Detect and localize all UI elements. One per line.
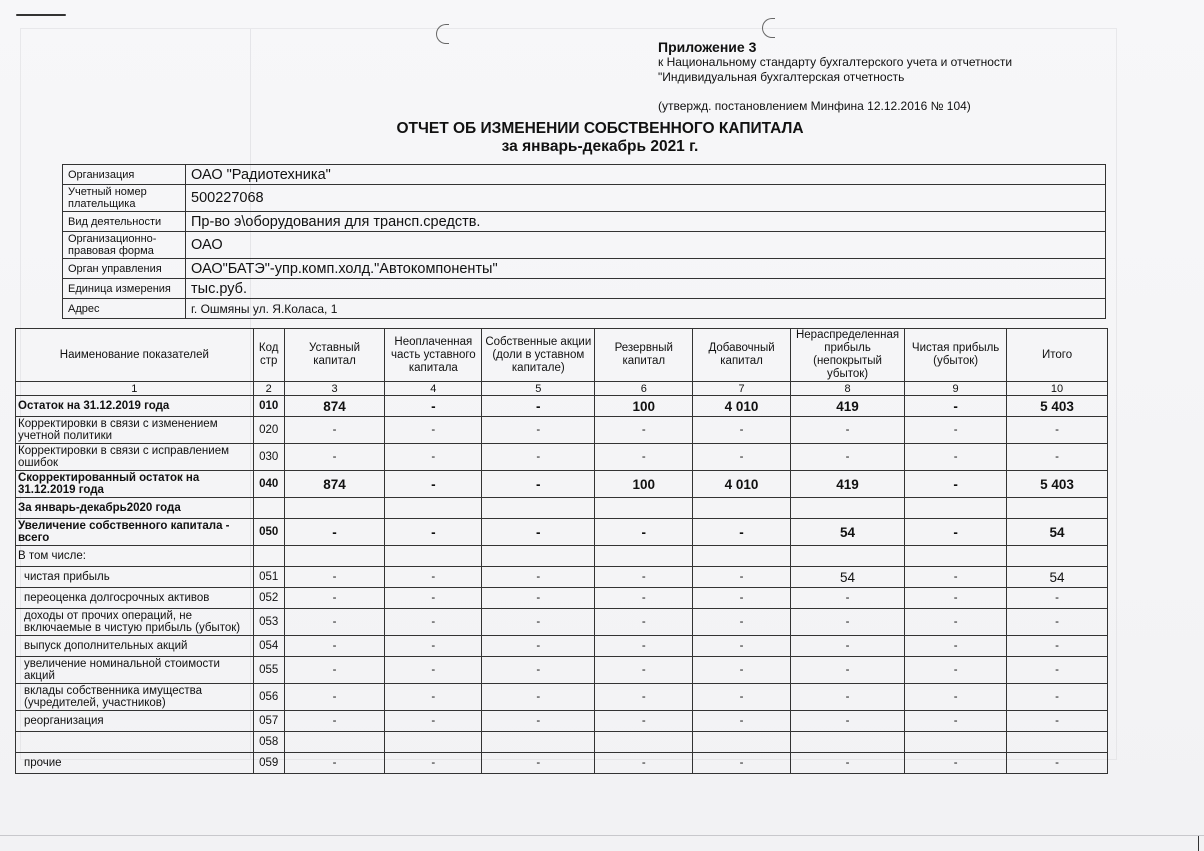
info-value: 500227068	[186, 185, 1106, 212]
cell-value: -	[905, 588, 1007, 609]
info-label: Адрес	[63, 299, 186, 319]
cell-value	[905, 546, 1007, 567]
cell-value	[790, 546, 904, 567]
table-row: За январь-декабрь2020 года	[16, 498, 1108, 519]
row-code: 040	[253, 471, 284, 498]
table-row: 058	[16, 732, 1108, 753]
cell-value: -	[595, 684, 693, 711]
column-number: 3	[284, 382, 385, 396]
info-value: тыс.руб.	[186, 279, 1106, 299]
cell-value: -	[284, 609, 385, 636]
cell-value: -	[595, 519, 693, 546]
cell-value: -	[693, 567, 791, 588]
table-row: Увеличение собственного капитала - всего…	[16, 519, 1108, 546]
cell-value: 54	[790, 567, 904, 588]
cell-value: -	[482, 657, 595, 684]
table-row: Остаток на 31.12.2019 года010874--1004 0…	[16, 396, 1108, 417]
column-number: 1	[16, 382, 254, 396]
cell-value: -	[693, 753, 791, 774]
cell-value: -	[693, 417, 791, 444]
info-label: Организация	[63, 165, 186, 185]
cell-value: -	[385, 657, 482, 684]
column-number: 5	[482, 382, 595, 396]
row-code: 057	[253, 711, 284, 732]
cell-value: 100	[595, 471, 693, 498]
cell-value	[1007, 546, 1108, 567]
cell-value	[693, 498, 791, 519]
row-label: реорганизация	[16, 711, 254, 732]
row-label: Скорректированный остаток на 31.12.2019 …	[16, 471, 254, 498]
cell-value	[385, 546, 482, 567]
cell-value: -	[482, 417, 595, 444]
appendix-note: Приложение 3 к Национальному стандарту б…	[658, 40, 1012, 114]
appendix-line: к Национальному стандарту бухгалтерского…	[658, 55, 1012, 70]
cell-value: 4 010	[693, 396, 791, 417]
row-code	[253, 546, 284, 567]
cell-value: -	[385, 711, 482, 732]
cell-value: 874	[284, 471, 385, 498]
page-edge	[0, 835, 1204, 836]
cell-value: -	[790, 753, 904, 774]
row-label: прочие	[16, 753, 254, 774]
cell-value: -	[1007, 753, 1108, 774]
column-number: 10	[1007, 382, 1108, 396]
table-row: Корректировки в связи с изменением учетн…	[16, 417, 1108, 444]
cell-value: -	[385, 753, 482, 774]
info-value: ОАО"БАТЭ"-упр.комп.холд."Автокомпоненты"	[186, 259, 1106, 279]
row-label: вклады собственника имущества (учредител…	[16, 684, 254, 711]
cell-value: -	[693, 444, 791, 471]
table-row: увеличение номинальной стоимости акций05…	[16, 657, 1108, 684]
cell-value	[595, 498, 693, 519]
column-number: 6	[595, 382, 693, 396]
column-number: 2	[253, 382, 284, 396]
table-row: чистая прибыль051-----54-54	[16, 567, 1108, 588]
report-title: ОТЧЕТ ОБ ИЗМЕНЕНИИ СОБСТВЕННОГО КАПИТАЛА	[340, 120, 860, 138]
cell-value: -	[482, 711, 595, 732]
table-row: реорганизация057--------	[16, 711, 1108, 732]
cell-value: -	[1007, 609, 1108, 636]
row-label: Остаток на 31.12.2019 года	[16, 396, 254, 417]
cell-value: -	[790, 636, 904, 657]
cell-value: -	[595, 567, 693, 588]
cell-value: -	[595, 636, 693, 657]
cell-value: -	[385, 609, 482, 636]
row-code: 052	[253, 588, 284, 609]
column-number: 8	[790, 382, 904, 396]
cell-value: 54	[1007, 567, 1108, 588]
cell-value: -	[905, 519, 1007, 546]
table-row: прочие059--------	[16, 753, 1108, 774]
cell-value: -	[595, 417, 693, 444]
info-row: ОрганизацияОАО "Радиотехника"	[63, 165, 1106, 185]
cell-value	[693, 732, 791, 753]
row-label: За январь-декабрь2020 года	[16, 498, 254, 519]
row-label: чистая прибыль	[16, 567, 254, 588]
cell-value: 5 403	[1007, 396, 1108, 417]
dash-mark	[16, 14, 66, 16]
cell-value: 4 010	[693, 471, 791, 498]
row-code: 053	[253, 609, 284, 636]
cell-value: -	[1007, 444, 1108, 471]
info-label: Вид деятельности	[63, 212, 186, 232]
row-label: доходы от прочих операций, не включаемые…	[16, 609, 254, 636]
cell-value: -	[905, 444, 1007, 471]
cell-value: -	[905, 753, 1007, 774]
cell-value: -	[284, 444, 385, 471]
row-label: выпуск дополнительных акций	[16, 636, 254, 657]
cell-value: -	[482, 567, 595, 588]
row-code: 059	[253, 753, 284, 774]
cell-value: -	[482, 396, 595, 417]
equity-changes-table: Наименование показателейКод стрУставный …	[15, 328, 1108, 774]
info-value: Пр-во э\оборудования для трансп.средств.	[186, 212, 1106, 232]
cell-value	[905, 732, 1007, 753]
cell-value: -	[482, 471, 595, 498]
row-code: 055	[253, 657, 284, 684]
cell-value: -	[905, 657, 1007, 684]
cell-value: -	[385, 636, 482, 657]
row-label: увеличение номинальной стоимости акций	[16, 657, 254, 684]
row-code: 020	[253, 417, 284, 444]
cell-value: -	[284, 588, 385, 609]
cell-value	[385, 498, 482, 519]
cell-value: -	[693, 636, 791, 657]
cell-value: -	[284, 711, 385, 732]
cell-value: -	[693, 609, 791, 636]
table-header-row: Наименование показателейКод стрУставный …	[16, 329, 1108, 382]
cell-value: -	[1007, 711, 1108, 732]
info-row: Адресг. Ошмяны ул. Я.Коласа, 1	[63, 299, 1106, 319]
cell-value: -	[790, 684, 904, 711]
cell-value: -	[1007, 588, 1108, 609]
cell-value	[482, 546, 595, 567]
cell-value: 5 403	[1007, 471, 1108, 498]
cell-value: -	[482, 684, 595, 711]
appendix-approved: (утвержд. постановлением Минфина 12.12.2…	[658, 99, 1012, 114]
column-header: Резервный капитал	[595, 329, 693, 382]
punch-hole-mark	[762, 18, 775, 38]
cell-value	[693, 546, 791, 567]
cell-value: 419	[790, 396, 904, 417]
cell-value: -	[385, 444, 482, 471]
row-label: Корректировки в связи с исправлением оши…	[16, 444, 254, 471]
row-code: 054	[253, 636, 284, 657]
column-header: Неоплаченная часть уставного капитала	[385, 329, 482, 382]
cell-value: -	[284, 567, 385, 588]
cell-value: -	[482, 753, 595, 774]
cell-value	[385, 732, 482, 753]
table-row: вклады собственника имущества (учредител…	[16, 684, 1108, 711]
cell-value: -	[905, 471, 1007, 498]
appendix-title: Приложение 3	[658, 40, 1012, 55]
info-value: г. Ошмяны ул. Я.Коласа, 1	[186, 299, 1106, 319]
cell-value: -	[482, 444, 595, 471]
row-code: 051	[253, 567, 284, 588]
cell-value: -	[1007, 657, 1108, 684]
row-code: 058	[253, 732, 284, 753]
cell-value: -	[595, 609, 693, 636]
cell-value: 874	[284, 396, 385, 417]
cell-value: 419	[790, 471, 904, 498]
row-label: В том числе:	[16, 546, 254, 567]
cell-value: -	[284, 753, 385, 774]
cell-value: -	[905, 567, 1007, 588]
cell-value: -	[693, 588, 791, 609]
cell-value: -	[482, 636, 595, 657]
cell-value: -	[284, 636, 385, 657]
cell-value: -	[385, 417, 482, 444]
appendix-line: "Индивидуальная бухгалтерская отчетность	[658, 70, 1012, 85]
column-header: Нераспределенная прибыль (непокрытый убы…	[790, 329, 904, 382]
cell-value: -	[905, 417, 1007, 444]
cell-value: -	[385, 519, 482, 546]
cell-value: -	[284, 417, 385, 444]
cell-value: -	[693, 519, 791, 546]
info-row: Учетный номер плательщика500227068	[63, 185, 1106, 212]
table-row: доходы от прочих операций, не включаемые…	[16, 609, 1108, 636]
column-header: Код стр	[253, 329, 284, 382]
cell-value: -	[693, 711, 791, 732]
cell-value	[284, 498, 385, 519]
cell-value: -	[385, 396, 482, 417]
cell-value	[595, 546, 693, 567]
cell-value: -	[905, 609, 1007, 636]
cell-value: -	[595, 711, 693, 732]
cell-value: -	[595, 657, 693, 684]
cell-value: -	[284, 657, 385, 684]
cell-value: -	[693, 657, 791, 684]
row-code: 050	[253, 519, 284, 546]
column-header: Уставный капитал	[284, 329, 385, 382]
cell-value: -	[595, 444, 693, 471]
cell-value: -	[1007, 417, 1108, 444]
cell-value: -	[284, 519, 385, 546]
cell-value	[284, 546, 385, 567]
organization-info-table: ОрганизацияОАО "Радиотехника"Учетный ном…	[62, 164, 1106, 319]
row-code: 056	[253, 684, 284, 711]
cell-value	[905, 498, 1007, 519]
info-label: Единица измерения	[63, 279, 186, 299]
column-number-row: 12345678910	[16, 382, 1108, 396]
cell-value: -	[790, 657, 904, 684]
cell-value: -	[905, 396, 1007, 417]
page-edge	[1198, 836, 1199, 851]
cell-value: -	[790, 417, 904, 444]
scanned-page: Приложение 3 к Национальному стандарту б…	[0, 0, 1204, 851]
column-header: Наименование показателей	[16, 329, 254, 382]
cell-value	[284, 732, 385, 753]
cell-value	[790, 498, 904, 519]
cell-value: -	[482, 519, 595, 546]
cell-value: -	[385, 684, 482, 711]
cell-value: 100	[595, 396, 693, 417]
column-header: Итого	[1007, 329, 1108, 382]
info-label: Организационно-правовая форма	[63, 232, 186, 259]
cell-value: -	[790, 711, 904, 732]
cell-value: -	[482, 588, 595, 609]
row-label: Корректировки в связи с изменением учетн…	[16, 417, 254, 444]
column-number: 9	[905, 382, 1007, 396]
cell-value: -	[693, 684, 791, 711]
cell-value: 54	[790, 519, 904, 546]
cell-value: -	[385, 567, 482, 588]
info-label: Орган управления	[63, 259, 186, 279]
column-header: Добавочный капитал	[693, 329, 791, 382]
info-label: Учетный номер плательщика	[63, 185, 186, 212]
info-row: Организационно-правовая формаОАО	[63, 232, 1106, 259]
cell-value: -	[385, 588, 482, 609]
row-label: переоценка долгосрочных активов	[16, 588, 254, 609]
column-number: 4	[385, 382, 482, 396]
table-row: В том числе:	[16, 546, 1108, 567]
cell-value: -	[790, 609, 904, 636]
cell-value: -	[790, 588, 904, 609]
row-code: 030	[253, 444, 284, 471]
report-heading: ОТЧЕТ ОБ ИЗМЕНЕНИИ СОБСТВЕННОГО КАПИТАЛА…	[340, 120, 860, 156]
cell-value	[595, 732, 693, 753]
info-row: Орган управленияОАО"БАТЭ"-упр.комп.холд.…	[63, 259, 1106, 279]
table-row: Скорректированный остаток на 31.12.2019 …	[16, 471, 1108, 498]
column-number: 7	[693, 382, 791, 396]
cell-value: -	[905, 711, 1007, 732]
cell-value	[1007, 498, 1108, 519]
cell-value	[482, 498, 595, 519]
cell-value	[1007, 732, 1108, 753]
cell-value: -	[905, 684, 1007, 711]
table-row: переоценка долгосрочных активов052------…	[16, 588, 1108, 609]
report-period: за январь-декабрь 2021 г.	[340, 138, 860, 156]
info-row: Вид деятельностиПр-во э\оборудования для…	[63, 212, 1106, 232]
table-row: Корректировки в связи с исправлением оши…	[16, 444, 1108, 471]
info-value: ОАО "Радиотехника"	[186, 165, 1106, 185]
cell-value: -	[1007, 636, 1108, 657]
cell-value: -	[790, 444, 904, 471]
row-label	[16, 732, 254, 753]
info-row: Единица измерениятыс.руб.	[63, 279, 1106, 299]
cell-value	[482, 732, 595, 753]
cell-value: -	[595, 753, 693, 774]
cell-value: -	[1007, 684, 1108, 711]
table-row: выпуск дополнительных акций054--------	[16, 636, 1108, 657]
column-header: Собственные акции (доли в уставном капит…	[482, 329, 595, 382]
info-value: ОАО	[186, 232, 1106, 259]
cell-value: -	[905, 636, 1007, 657]
row-code: 010	[253, 396, 284, 417]
column-header: Чистая прибыль (убыток)	[905, 329, 1007, 382]
row-code	[253, 498, 284, 519]
cell-value: -	[482, 609, 595, 636]
cell-value: -	[385, 471, 482, 498]
row-label: Увеличение собственного капитала - всего	[16, 519, 254, 546]
cell-value: -	[595, 588, 693, 609]
cell-value: 54	[1007, 519, 1108, 546]
punch-hole-mark	[436, 24, 449, 44]
cell-value	[790, 732, 904, 753]
cell-value: -	[284, 684, 385, 711]
